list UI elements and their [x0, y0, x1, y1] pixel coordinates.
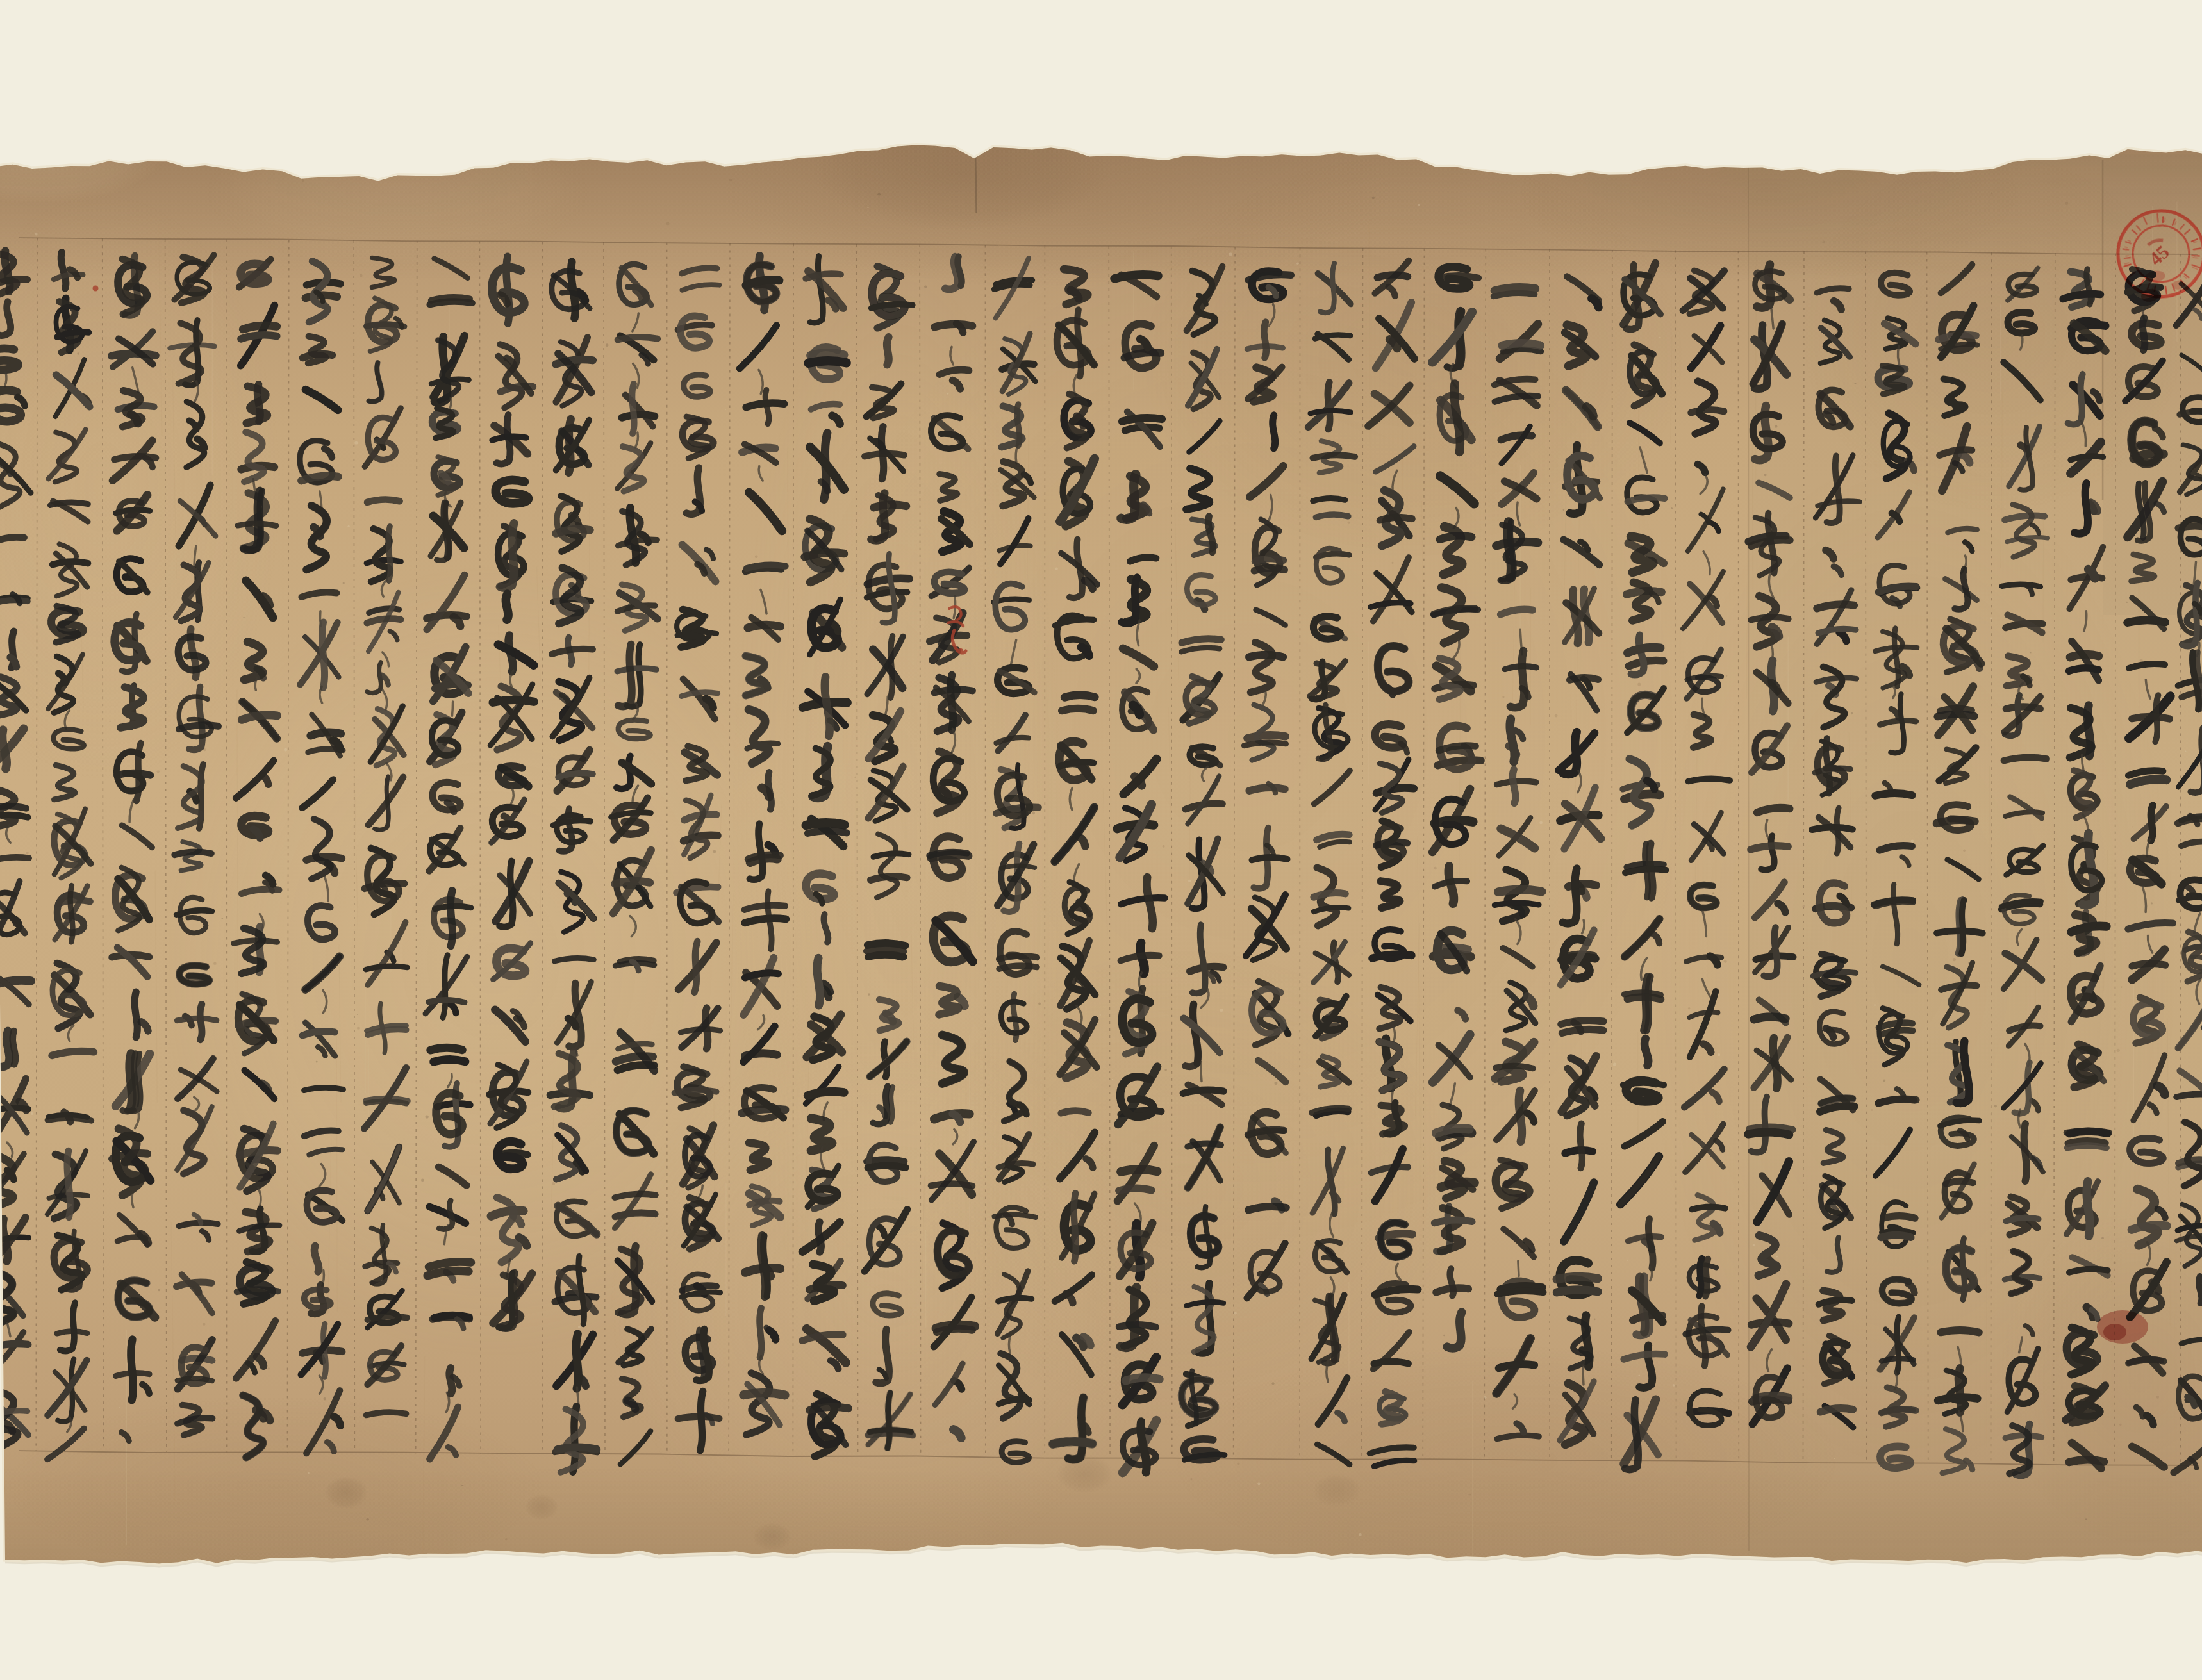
speck: [2140, 659, 2143, 662]
ink-stroke: [1182, 639, 1221, 643]
ink-stroke: [435, 1314, 469, 1320]
speck: [2156, 1396, 2160, 1399]
ink-stroke: [758, 1308, 763, 1358]
ink-stroke: [2087, 705, 2090, 756]
ink-stroke: [1757, 807, 1790, 812]
speck: [1443, 1335, 1445, 1336]
red-smudge-mark: [2097, 1310, 2148, 1344]
ink-stroke: [1557, 1276, 1598, 1281]
ink-stroke: [1436, 1128, 1469, 1133]
speck: [1718, 1053, 1720, 1056]
ink-stroke: [1440, 536, 1472, 539]
speck: [421, 1179, 424, 1182]
ink-stroke: [1557, 1289, 1598, 1294]
ink-stroke: [2142, 318, 2146, 350]
calligraphy-glyph: [885, 337, 890, 365]
calligraphy-glyph: [505, 594, 509, 620]
speck: [1822, 241, 1825, 244]
speck: [347, 525, 349, 527]
ink-stroke: [302, 1031, 335, 1035]
stain: [324, 1476, 368, 1510]
ink-stroke: [631, 384, 636, 434]
speck: [1163, 845, 1165, 848]
ink-stroke: [1946, 1180, 1973, 1185]
ink-stroke: [1895, 1317, 1900, 1372]
ink-stroke: [12, 1031, 16, 1064]
speck: [578, 1326, 581, 1328]
ink-ligature: [1583, 1365, 1584, 1385]
ink-stroke: [242, 714, 277, 720]
ink-stroke: [808, 359, 846, 365]
ink-stroke: [1754, 1016, 1785, 1021]
speck: [461, 1485, 463, 1486]
speck: [1851, 712, 1853, 714]
speck: [1256, 179, 1257, 180]
ink-stroke: [743, 1391, 785, 1397]
calligraphy-glyph: [0, 348, 19, 370]
speck: [1994, 1105, 1997, 1107]
ink-stroke: [745, 918, 786, 923]
calligraphy-glyph: [239, 259, 271, 288]
speck: [2058, 1061, 2060, 1063]
speck: [2126, 602, 2128, 603]
ink-stroke: [449, 891, 454, 946]
ink-stroke: [58, 900, 90, 904]
ink-ligature: [1518, 1261, 1519, 1276]
fibre-streak: [1987, 1248, 1987, 1447]
speck: [1372, 197, 1375, 199]
speck: [213, 962, 217, 966]
speck: [1032, 811, 1035, 814]
speck: [157, 770, 160, 773]
ink-stroke: [1377, 274, 1407, 279]
stain: [525, 1494, 558, 1520]
ink-stroke: [615, 1194, 656, 1198]
speck: [1190, 1478, 1192, 1480]
ink-stroke: [1835, 808, 1841, 853]
ink-stroke: [1644, 1039, 1649, 1066]
speck: [1055, 568, 1058, 571]
speck: [2132, 826, 2133, 827]
speck: [1673, 1384, 1675, 1387]
speck: [1296, 263, 1298, 265]
ink-stroke: [1248, 1206, 1286, 1210]
speck: [1627, 1260, 1628, 1261]
ink-stroke: [1961, 1239, 1966, 1300]
speck: [1272, 1382, 1275, 1385]
speck: [2008, 1250, 2010, 1251]
speck: [1502, 696, 1504, 698]
stain: [1312, 1474, 1361, 1507]
speck: [2151, 902, 2153, 904]
ink-stroke: [1062, 707, 1093, 714]
speck: [2185, 750, 2186, 752]
ink-stroke: [243, 325, 277, 329]
ink-stroke: [818, 1222, 822, 1252]
speck: [77, 352, 79, 354]
speck: [1348, 522, 1350, 524]
ink-stroke: [130, 1339, 135, 1400]
ink-stroke: [134, 992, 138, 1037]
ink-stroke: [936, 1324, 975, 1329]
ink-stroke: [558, 1445, 597, 1452]
ink-stroke: [2, 730, 7, 769]
speck: [1112, 1079, 1113, 1080]
ink-stroke: [886, 1393, 892, 1448]
speck: [110, 721, 111, 722]
ink-stroke: [885, 337, 890, 365]
calligraphy-glyph: [1130, 557, 1156, 561]
ink-stroke: [67, 1151, 70, 1217]
ink-stroke: [1498, 888, 1542, 894]
calligraphy-glyph: [2128, 770, 2167, 784]
speck: [324, 1397, 326, 1400]
ink-stroke: [699, 1391, 705, 1451]
speck: [1220, 1009, 1223, 1012]
speck: [606, 343, 609, 347]
speck: [1434, 867, 1437, 869]
ink-stroke: [1821, 1408, 1853, 1412]
ink-stroke: [2087, 1182, 2090, 1236]
speck: [1753, 1244, 1755, 1246]
ink-stroke: [1374, 723, 1404, 748]
speck: [1229, 968, 1230, 969]
speck: [1220, 896, 1222, 898]
ink-stroke: [1247, 734, 1285, 739]
ink-stroke: [2128, 619, 2165, 625]
speck: [284, 748, 287, 752]
speck: [1712, 892, 1714, 894]
speck: [308, 1472, 310, 1474]
speck: [78, 1028, 79, 1029]
ink-stroke: [52, 1051, 94, 1055]
speck: [2119, 1424, 2121, 1426]
ink-stroke: [1121, 1168, 1157, 1174]
ink-stroke: [2199, 1276, 2202, 1303]
speck: [1671, 507, 1673, 509]
stain: [1056, 1454, 1113, 1493]
speck: [1775, 425, 1777, 427]
speck: [729, 179, 732, 181]
speck: [1391, 562, 1393, 564]
ink-stroke: [1053, 1440, 1092, 1446]
calligraphy-glyph: [745, 564, 785, 572]
ink-stroke: [693, 941, 700, 992]
calligraphy-glyph: [2131, 317, 2162, 351]
ink-stroke: [1450, 1269, 1453, 1296]
speck: [357, 1014, 358, 1015]
ink-stroke: [1512, 770, 1516, 803]
speck: [1638, 1374, 1640, 1376]
speck: [1555, 714, 1558, 718]
speck: [1320, 783, 1321, 785]
scan-backdrop: 45: [0, 0, 2202, 1680]
ink-stroke: [1183, 1090, 1223, 1094]
calligraphy-glyph: [1644, 1039, 1649, 1066]
speck: [1418, 204, 1420, 206]
speck: [1188, 880, 1191, 882]
ink-stroke: [615, 880, 650, 885]
ink-stroke: [874, 504, 906, 509]
calligraphy-glyph: [241, 816, 269, 839]
speck: [367, 1518, 369, 1520]
ink-stroke: [1380, 516, 1412, 521]
speck: [552, 1182, 555, 1185]
ink-stroke: [1751, 845, 1789, 850]
ink-stroke: [321, 622, 325, 688]
ink-stroke: [1130, 557, 1156, 561]
ink-stroke: [497, 1141, 524, 1170]
ink-stroke: [449, 1368, 452, 1394]
speck: [2101, 1237, 2104, 1239]
speck: [1359, 1533, 1362, 1536]
speck: [725, 409, 726, 411]
ink-stroke: [1703, 1259, 1710, 1297]
ink-stroke: [1434, 1219, 1472, 1224]
calligraphy-glyph: [1757, 807, 1790, 812]
speck: [203, 1323, 205, 1326]
ink-stroke: [0, 348, 19, 370]
ink-ligature: [1201, 1062, 1202, 1081]
ink-stroke: [367, 1316, 406, 1320]
ink-stroke: [750, 858, 777, 862]
speck: [1257, 1482, 1260, 1485]
speck: [426, 1115, 429, 1118]
speck: [1776, 1256, 1778, 1258]
speck: [1764, 474, 1767, 476]
speck: [222, 918, 224, 920]
speck: [2121, 986, 2123, 988]
ink-stroke: [2004, 757, 2047, 761]
ink-stroke: [387, 527, 392, 581]
speck: [119, 1407, 120, 1408]
ink-stroke: [808, 1091, 844, 1096]
stain: [205, 115, 590, 269]
ink-stroke: [1072, 1193, 1077, 1261]
speck: [1911, 840, 1914, 843]
speck: [927, 595, 929, 596]
speck: [1237, 1463, 1239, 1465]
ink-stroke: [429, 1262, 471, 1267]
ink-stroke: [505, 594, 509, 620]
ink-stroke: [929, 852, 967, 855]
ink-stroke: [431, 1046, 463, 1052]
speck: [1891, 1399, 1892, 1400]
speck: [268, 1367, 270, 1369]
speck: [877, 193, 881, 196]
speck: [158, 1289, 160, 1291]
calligraphy-glyph: [2004, 757, 2047, 761]
ink-stroke: [2070, 654, 2099, 659]
speck: [1855, 383, 1857, 384]
speck: [1468, 1494, 1471, 1496]
ink-stroke: [745, 1052, 777, 1057]
speck: [1299, 1406, 1300, 1408]
ink-stroke: [1502, 342, 1540, 349]
speck: [505, 1538, 507, 1540]
ink-stroke: [1249, 787, 1285, 791]
speck: [1274, 1082, 1277, 1085]
speck: [1991, 192, 1993, 194]
ink-stroke: [1064, 694, 1095, 700]
calligraphy-glyph: [430, 297, 472, 306]
ink-stroke: [1114, 275, 1158, 279]
speck: [947, 393, 948, 394]
calligraphy-glyph: [1272, 415, 1276, 449]
ink-stroke: [199, 1004, 204, 1040]
ink-stroke: [1642, 976, 1650, 1031]
speck: [1990, 617, 1992, 619]
stain: [814, 115, 1109, 231]
ink-stroke: [241, 264, 268, 284]
speck: [2111, 1281, 2112, 1283]
speck: [867, 207, 868, 208]
speck: [1883, 1080, 1885, 1082]
speck: [1594, 1318, 1596, 1320]
speck: [1726, 675, 1727, 677]
speck: [1775, 770, 1776, 771]
speck: [1563, 509, 1565, 511]
ink-stroke: [1441, 1182, 1475, 1187]
ink-stroke: [556, 529, 590, 533]
calligraphy-glyph: [2199, 1276, 2202, 1303]
speck: [1724, 960, 1727, 963]
ink-stroke: [1882, 1409, 1916, 1413]
ink-stroke: [2149, 805, 2155, 841]
ink-stroke: [1255, 557, 1284, 563]
calligraphy-glyph: [1493, 287, 1536, 297]
speck: [1234, 1312, 1237, 1315]
ink-stroke: [748, 624, 781, 629]
ink-stroke: [1579, 1124, 1584, 1169]
ink-stroke: [575, 1334, 579, 1388]
ink-stroke: [817, 958, 820, 1005]
ink-stroke: [1119, 1187, 1152, 1193]
ink-stroke: [934, 324, 972, 329]
calligraphy-glyph: [1312, 1108, 1349, 1116]
ink-stroke: [69, 885, 73, 942]
speck: [17, 1005, 18, 1007]
speck: [215, 292, 216, 293]
ink-stroke: [1272, 415, 1276, 449]
ink-stroke: [434, 1058, 465, 1064]
speck: [113, 1135, 114, 1136]
ink-stroke: [805, 552, 845, 557]
speck: [1492, 1083, 1494, 1085]
speck: [2030, 652, 2032, 654]
speck: [1100, 1014, 1101, 1016]
ink-stroke: [1509, 719, 1514, 762]
sheet-seam: [1748, 161, 1749, 1551]
ink-stroke: [427, 1271, 469, 1276]
speck: [1953, 958, 1956, 961]
speck: [868, 993, 870, 996]
speck: [1963, 850, 1966, 852]
speck: [316, 1061, 318, 1063]
speck: [666, 222, 670, 226]
ink-stroke: [1625, 794, 1660, 799]
speck: [343, 582, 345, 584]
speck: [354, 441, 358, 445]
ink-ligature: [452, 702, 453, 716]
ink-stroke: [1817, 604, 1854, 609]
manuscript-scan: 45: [0, 0, 2202, 1680]
speck: [302, 179, 304, 182]
calligraphy-glyph: [0, 594, 28, 604]
ink-stroke: [746, 403, 784, 408]
ink-stroke: [1125, 1377, 1159, 1382]
ink-stroke: [241, 335, 277, 339]
speck: [360, 274, 363, 277]
speck: [1834, 1458, 1835, 1459]
speck: [2181, 366, 2182, 368]
speck: [1361, 738, 1362, 740]
ink-stroke: [1650, 844, 1653, 898]
ink-stroke: [1314, 893, 1346, 897]
ink-stroke: [747, 564, 786, 568]
speck: [713, 850, 716, 853]
ink-stroke: [2069, 1130, 2108, 1137]
stain: [6, 1397, 545, 1576]
ink-stroke: [807, 1173, 838, 1202]
speck: [2117, 1049, 2120, 1052]
speck: [2085, 1518, 2087, 1520]
speck: [1539, 821, 1543, 825]
speck: [755, 556, 758, 559]
ink-stroke: [498, 766, 525, 786]
ink-stroke: [1748, 1130, 1789, 1137]
speck: [1871, 1109, 1873, 1110]
ink-stroke: [1254, 567, 1284, 572]
ink-stroke: [1497, 1290, 1543, 1295]
ink-stroke: [1122, 418, 1162, 422]
red-ink-dot: [93, 286, 99, 292]
calligraphy-glyph: [866, 941, 906, 960]
stain: [731, 256, 1064, 1410]
ink-stroke: [2130, 778, 2167, 784]
ink-stroke: [1568, 883, 1596, 888]
stain: [753, 1522, 791, 1551]
speck: [35, 233, 38, 236]
ink-stroke: [1263, 322, 1268, 358]
speck: [1874, 1004, 1876, 1006]
speck: [888, 467, 891, 470]
speck: [2065, 202, 2068, 205]
speck: [1229, 252, 1232, 256]
speck: [244, 164, 247, 167]
speck: [1659, 337, 1660, 338]
speck: [1637, 682, 1641, 686]
calligraphy-glyph: [496, 1141, 528, 1170]
ink-stroke: [2132, 1224, 2167, 1230]
ink-stroke: [301, 475, 338, 481]
ink-stroke: [1878, 1099, 1914, 1103]
sheet-seam: [975, 149, 977, 213]
ink-stroke: [1494, 287, 1536, 292]
speck: [1164, 1069, 1167, 1071]
ink-stroke: [615, 1213, 656, 1217]
speck: [1688, 1007, 1691, 1010]
speck: [1038, 1003, 1041, 1005]
ink-stroke: [1437, 266, 1471, 290]
speck: [1613, 1063, 1616, 1066]
ink-stroke: [176, 1282, 211, 1287]
speck: [924, 286, 927, 288]
calligraphy-glyph: [2065, 1129, 2109, 1150]
ink-stroke: [2023, 1124, 2027, 1182]
speck: [26, 852, 29, 855]
speck: [244, 617, 245, 618]
